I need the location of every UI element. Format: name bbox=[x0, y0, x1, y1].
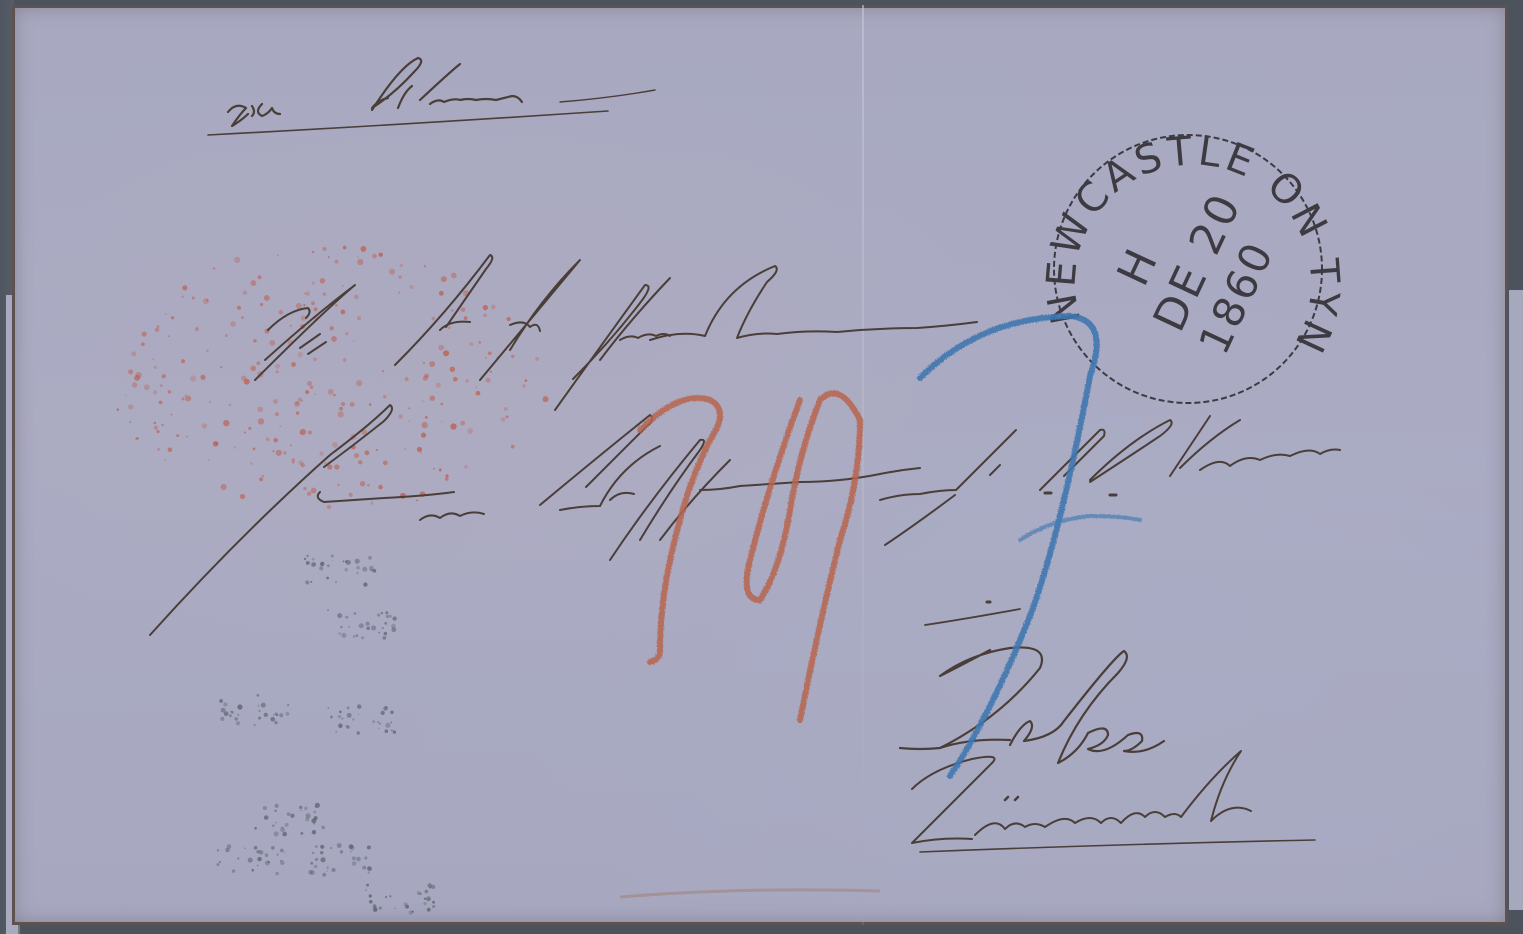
red-offset-smudge bbox=[117, 246, 549, 510]
cover-markings: NEWCASTLE ON TYNE H DE 20 1860 bbox=[0, 0, 1523, 934]
address-line-4-script bbox=[900, 647, 1164, 763]
address-line-1-script bbox=[255, 255, 977, 410]
address-line-3-script bbox=[925, 602, 1020, 625]
svg-text:NEWCASTLE ON TYNE: NEWCASTLE ON TYNE bbox=[0, 0, 1348, 363]
address-line-2-script bbox=[150, 405, 1340, 635]
postmark-town: NEWCASTLE ON TYNE bbox=[0, 0, 1348, 363]
grey-offset-smudge bbox=[216, 554, 435, 914]
red-crayon-marking bbox=[640, 393, 860, 720]
route-endorsement bbox=[208, 58, 655, 135]
blue-crayon-marking bbox=[920, 316, 1140, 776]
postmark: NEWCASTLE ON TYNE H DE 20 1860 bbox=[0, 0, 1348, 403]
bottom-stain bbox=[620, 890, 880, 897]
address-line-5-script bbox=[912, 751, 1315, 852]
